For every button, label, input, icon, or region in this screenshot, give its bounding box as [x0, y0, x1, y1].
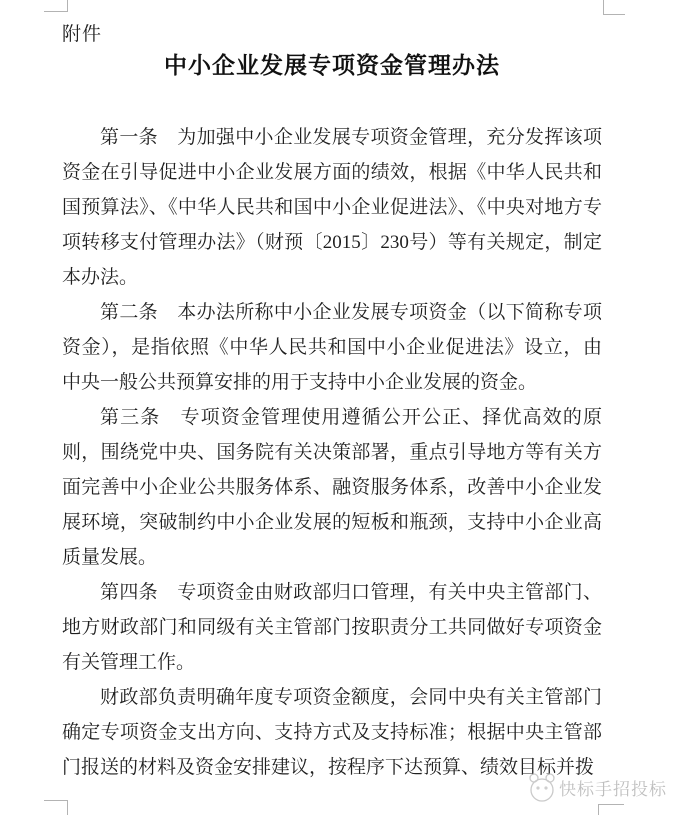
- body-paragraph: 财政部负责明确年度专项资金额度，会同中央有关主管部门确定专项资金支出方向、支持方…: [62, 680, 602, 785]
- document-page: 附件 中小企业发展专项资金管理办法 第一条 为加强中小企业发展专项资金管理，充分…: [0, 0, 680, 815]
- document-title: 中小企业发展专项资金管理办法: [62, 51, 602, 81]
- body-paragraph: 第一条 为加强中小企业发展专项资金管理，充分发挥该项资金在引导促进中小企业发展方…: [62, 120, 602, 295]
- text-boundary-mark-bottom-right: [598, 804, 624, 815]
- body-paragraph: 第四条 专项资金由财政部归口管理，有关中央主管部门、地方财政部门和同级有关主管部…: [62, 575, 602, 680]
- attachment-label: 附件: [62, 22, 602, 47]
- text-boundary-mark-top-left: [44, 0, 68, 12]
- text-boundary-mark-top-right: [603, 0, 625, 15]
- document-body: 第一条 为加强中小企业发展专项资金管理，充分发挥该项资金在引导促进中小企业发展方…: [62, 120, 602, 785]
- text-boundary-mark-bottom-left: [44, 800, 68, 815]
- body-paragraph: 第二条 本办法所称中小企业发展专项资金（以下简称专项资金），是指依照《中华人民共…: [62, 295, 602, 400]
- document-content: 附件 中小企业发展专项资金管理办法 第一条 为加强中小企业发展专项资金管理，充分…: [62, 22, 602, 785]
- body-paragraph: 第三条 专项资金管理使用遵循公开公正、择优高效的原则，围绕党中央、国务院有关决策…: [62, 400, 602, 575]
